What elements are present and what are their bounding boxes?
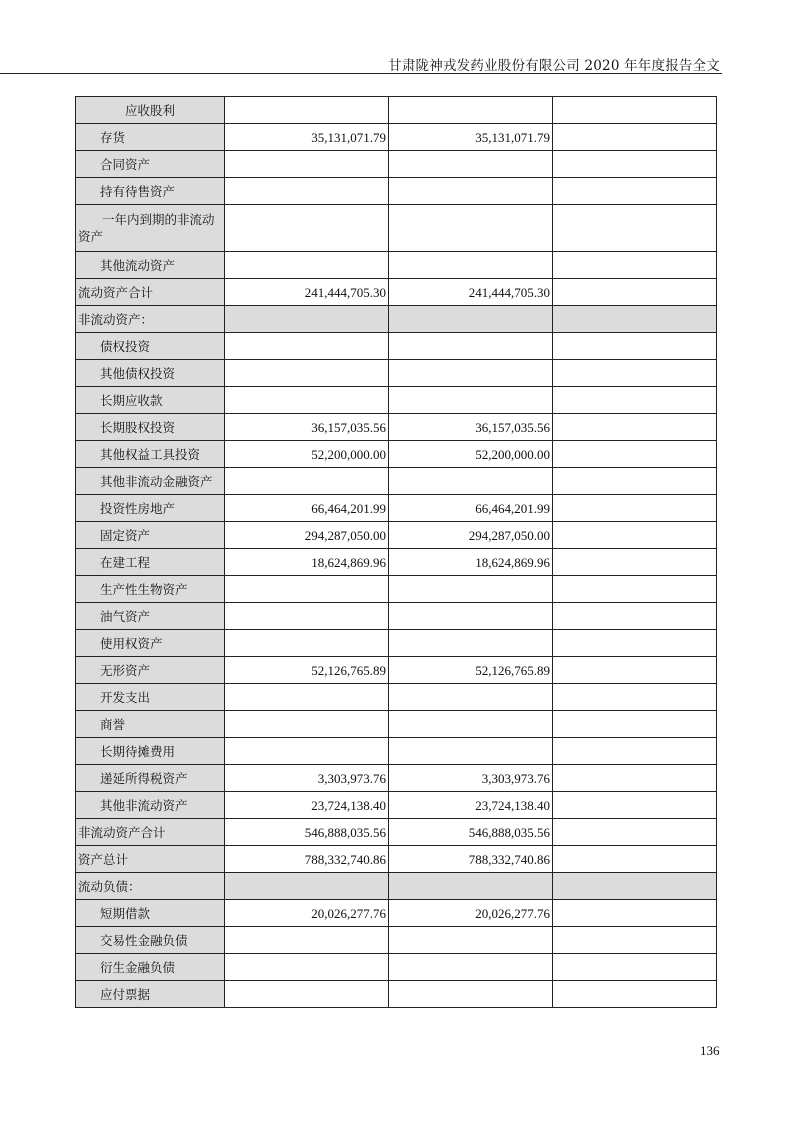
table-row: 一年内到期的非流动资产 <box>76 205 717 252</box>
value-cell-col1: 52,126,765.89 <box>225 657 389 684</box>
value-cell-col2: 52,126,765.89 <box>389 657 553 684</box>
value-cell-col2 <box>389 630 553 657</box>
value-cell-col1: 294,287,050.00 <box>225 522 389 549</box>
header-rule <box>0 73 722 74</box>
row-label: 长期股权投资 <box>76 414 225 441</box>
table-row: 使用权资产 <box>76 630 717 657</box>
value-cell-col1 <box>225 927 389 954</box>
value-cell-col2: 52,200,000.00 <box>389 441 553 468</box>
table-row: 持有待售资产 <box>76 178 717 205</box>
value-cell-col3 <box>553 711 717 738</box>
value-cell-col3 <box>553 441 717 468</box>
value-cell-col2: 3,303,973.76 <box>389 765 553 792</box>
value-cell-col2 <box>389 684 553 711</box>
page-header: 甘肃陇神戎发药业股份有限公司 2020 年年度报告全文 <box>0 52 793 72</box>
row-label: 油气资产 <box>76 603 225 630</box>
table-row: 合同资产 <box>76 151 717 178</box>
value-cell-col1: 52,200,000.00 <box>225 441 389 468</box>
row-label: 其他债权投资 <box>76 360 225 387</box>
row-label: 商誉 <box>76 711 225 738</box>
row-label: 衍生金融负债 <box>76 954 225 981</box>
value-cell-col3 <box>553 468 717 495</box>
value-cell-col3 <box>553 819 717 846</box>
value-cell-col1 <box>225 387 389 414</box>
row-label-line1: 一年内到期的非流动 <box>78 211 222 228</box>
value-cell-col3 <box>553 684 717 711</box>
value-cell-col3 <box>553 738 717 765</box>
value-cell-col1: 788,332,740.86 <box>225 846 389 873</box>
value-cell-col2 <box>389 205 553 252</box>
table-row: 交易性金融负债 <box>76 927 717 954</box>
value-cell-col3 <box>553 178 717 205</box>
value-cell-col2: 35,131,071.79 <box>389 124 553 151</box>
value-cell-col3 <box>553 630 717 657</box>
value-cell-col3 <box>553 873 717 900</box>
balance-sheet-table: 应收股利存货35,131,071.7935,131,071.79合同资产持有待售… <box>75 96 717 1008</box>
value-cell-col2 <box>389 468 553 495</box>
row-label: 存货 <box>76 124 225 151</box>
value-cell-col3 <box>553 522 717 549</box>
value-cell-col3 <box>553 252 717 279</box>
row-label: 合同资产 <box>76 151 225 178</box>
value-cell-col1 <box>225 306 389 333</box>
value-cell-col1: 3,303,973.76 <box>225 765 389 792</box>
row-label: 开发支出 <box>76 684 225 711</box>
value-cell-col2 <box>389 306 553 333</box>
value-cell-col3 <box>553 846 717 873</box>
table-row: 投资性房地产66,464,201.9966,464,201.99 <box>76 495 717 522</box>
value-cell-col2 <box>389 333 553 360</box>
value-cell-col3 <box>553 549 717 576</box>
value-cell-col3 <box>553 387 717 414</box>
value-cell-col2: 20,026,277.76 <box>389 900 553 927</box>
table-row: 应收股利 <box>76 97 717 124</box>
value-cell-col1 <box>225 711 389 738</box>
value-cell-col2 <box>389 360 553 387</box>
value-cell-col3 <box>553 495 717 522</box>
row-label: 应付票据 <box>76 981 225 1008</box>
value-cell-col1: 36,157,035.56 <box>225 414 389 441</box>
value-cell-col1 <box>225 468 389 495</box>
row-label: 流动资产合计 <box>76 279 225 306</box>
row-label: 使用权资产 <box>76 630 225 657</box>
table-row: 流动负债： <box>76 873 717 900</box>
row-label: 递延所得税资产 <box>76 765 225 792</box>
row-label: 固定资产 <box>76 522 225 549</box>
page-number: 136 <box>700 1043 720 1059</box>
value-cell-col1 <box>225 684 389 711</box>
table-row: 其他债权投资 <box>76 360 717 387</box>
value-cell-col2: 23,724,138.40 <box>389 792 553 819</box>
value-cell-col2 <box>389 711 553 738</box>
table-row: 存货35,131,071.7935,131,071.79 <box>76 124 717 151</box>
table-row: 其他非流动金融资产 <box>76 468 717 495</box>
value-cell-col1: 20,026,277.76 <box>225 900 389 927</box>
table-row: 流动资产合计241,444,705.30241,444,705.30 <box>76 279 717 306</box>
row-label: 长期待摊费用 <box>76 738 225 765</box>
table-row: 油气资产 <box>76 603 717 630</box>
table-row: 长期待摊费用 <box>76 738 717 765</box>
row-label: 持有待售资产 <box>76 178 225 205</box>
value-cell-col3 <box>553 360 717 387</box>
value-cell-col3 <box>553 954 717 981</box>
row-label: 非流动资产合计 <box>76 819 225 846</box>
value-cell-col2: 18,624,869.96 <box>389 549 553 576</box>
row-label: 非流动资产： <box>76 306 225 333</box>
row-label: 在建工程 <box>76 549 225 576</box>
row-label: 投资性房地产 <box>76 495 225 522</box>
value-cell-col2: 788,332,740.86 <box>389 846 553 873</box>
value-cell-col1 <box>225 981 389 1008</box>
value-cell-col2 <box>389 927 553 954</box>
table-row: 非流动资产合计546,888,035.56546,888,035.56 <box>76 819 717 846</box>
value-cell-col1 <box>225 738 389 765</box>
value-cell-col3 <box>553 414 717 441</box>
value-cell-col2 <box>389 151 553 178</box>
value-cell-col1: 241,444,705.30 <box>225 279 389 306</box>
value-cell-col2: 294,287,050.00 <box>389 522 553 549</box>
value-cell-col1 <box>225 576 389 603</box>
value-cell-col3 <box>553 927 717 954</box>
table-row: 开发支出 <box>76 684 717 711</box>
table-row: 长期股权投资36,157,035.5636,157,035.56 <box>76 414 717 441</box>
value-cell-col2: 546,888,035.56 <box>389 819 553 846</box>
value-cell-col2 <box>389 387 553 414</box>
value-cell-col3 <box>553 151 717 178</box>
table-row: 在建工程18,624,869.9618,624,869.96 <box>76 549 717 576</box>
value-cell-col3 <box>553 657 717 684</box>
row-label: 无形资产 <box>76 657 225 684</box>
value-cell-col2 <box>389 603 553 630</box>
row-label: 应收股利 <box>76 97 225 124</box>
value-cell-col1: 18,624,869.96 <box>225 549 389 576</box>
row-label: 其他权益工具投资 <box>76 441 225 468</box>
value-cell-col1 <box>225 360 389 387</box>
value-cell-col2: 241,444,705.30 <box>389 279 553 306</box>
value-cell-col1 <box>225 151 389 178</box>
value-cell-col1 <box>225 873 389 900</box>
row-label: 其他非流动资产 <box>76 792 225 819</box>
value-cell-col2 <box>389 873 553 900</box>
table-row: 债权投资 <box>76 333 717 360</box>
table-row: 其他流动资产 <box>76 252 717 279</box>
value-cell-col1: 35,131,071.79 <box>225 124 389 151</box>
value-cell-col2: 66,464,201.99 <box>389 495 553 522</box>
value-cell-col2 <box>389 178 553 205</box>
value-cell-col3 <box>553 765 717 792</box>
row-label: 资产总计 <box>76 846 225 873</box>
table-row: 长期应收款 <box>76 387 717 414</box>
table-row: 生产性生物资产 <box>76 576 717 603</box>
value-cell-col2 <box>389 954 553 981</box>
value-cell-col2 <box>389 738 553 765</box>
row-label: 流动负债： <box>76 873 225 900</box>
row-label: 短期借款 <box>76 900 225 927</box>
value-cell-col1 <box>225 97 389 124</box>
value-cell-col2 <box>389 252 553 279</box>
row-label: 交易性金融负债 <box>76 927 225 954</box>
value-cell-col2: 36,157,035.56 <box>389 414 553 441</box>
value-cell-col2 <box>389 576 553 603</box>
value-cell-col3 <box>553 576 717 603</box>
table-row: 固定资产294,287,050.00294,287,050.00 <box>76 522 717 549</box>
report-title: 甘肃陇神戎发药业股份有限公司 2020 年年度报告全文 <box>388 54 720 74</box>
table-row: 衍生金融负债 <box>76 954 717 981</box>
value-cell-col1: 546,888,035.56 <box>225 819 389 846</box>
table-row: 递延所得税资产3,303,973.763,303,973.76 <box>76 765 717 792</box>
value-cell-col3 <box>553 981 717 1008</box>
row-label: 其他非流动金融资产 <box>76 468 225 495</box>
value-cell-col3 <box>553 333 717 360</box>
value-cell-col3 <box>553 205 717 252</box>
row-label: 生产性生物资产 <box>76 576 225 603</box>
table-row: 商誉 <box>76 711 717 738</box>
value-cell-col3 <box>553 97 717 124</box>
value-cell-col3 <box>553 603 717 630</box>
row-label: 长期应收款 <box>76 387 225 414</box>
value-cell-col1 <box>225 954 389 981</box>
table-row: 无形资产52,126,765.8952,126,765.89 <box>76 657 717 684</box>
value-cell-col1: 23,724,138.40 <box>225 792 389 819</box>
value-cell-col1 <box>225 252 389 279</box>
value-cell-col3 <box>553 306 717 333</box>
value-cell-col3 <box>553 900 717 927</box>
table-row: 其他权益工具投资52,200,000.0052,200,000.00 <box>76 441 717 468</box>
value-cell-col1 <box>225 333 389 360</box>
value-cell-col1 <box>225 205 389 252</box>
table-row: 应付票据 <box>76 981 717 1008</box>
table-row: 非流动资产： <box>76 306 717 333</box>
row-label-line2: 资产 <box>78 229 103 244</box>
value-cell-col1: 66,464,201.99 <box>225 495 389 522</box>
value-cell-col2 <box>389 97 553 124</box>
row-label: 债权投资 <box>76 333 225 360</box>
value-cell-col3 <box>553 279 717 306</box>
value-cell-col1 <box>225 178 389 205</box>
value-cell-col3 <box>553 792 717 819</box>
row-label: 一年内到期的非流动资产 <box>76 205 225 252</box>
table-row: 资产总计788,332,740.86788,332,740.86 <box>76 846 717 873</box>
table-row: 其他非流动资产23,724,138.4023,724,138.40 <box>76 792 717 819</box>
table-row: 短期借款20,026,277.7620,026,277.76 <box>76 900 717 927</box>
value-cell-col3 <box>553 124 717 151</box>
row-label: 其他流动资产 <box>76 252 225 279</box>
value-cell-col1 <box>225 603 389 630</box>
value-cell-col1 <box>225 630 389 657</box>
value-cell-col2 <box>389 981 553 1008</box>
